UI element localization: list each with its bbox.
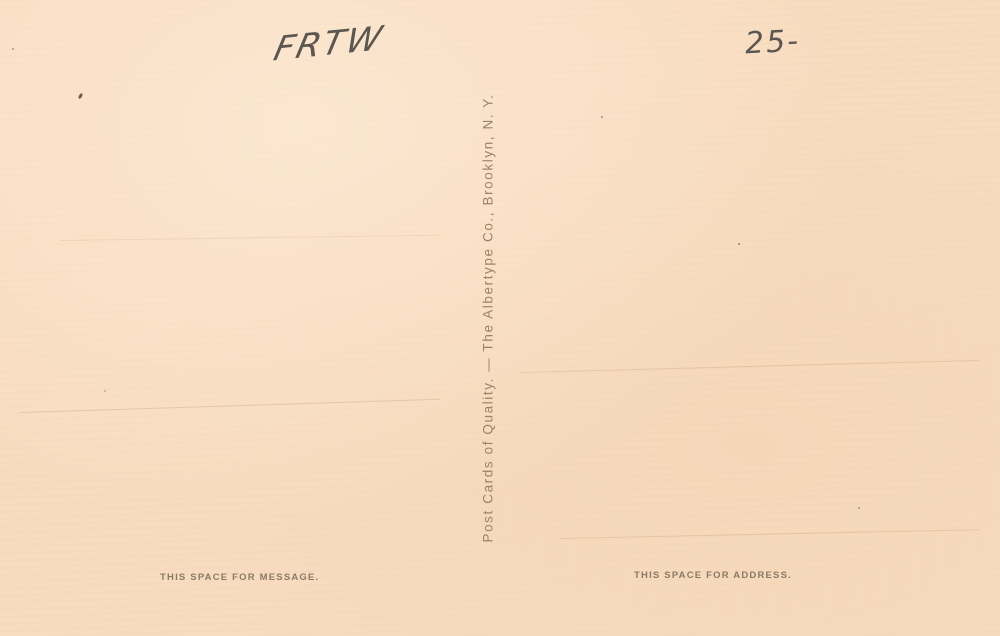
paper-speck — [12, 48, 14, 50]
paper-fiber-line — [520, 360, 980, 373]
paper-speck — [601, 116, 603, 118]
paper-speck — [104, 390, 106, 392]
address-space-label: THIS SPACE FOR ADDRESS. — [634, 570, 792, 581]
postcard-back: FRTW 25- Post Cards of Quality. — The Al… — [0, 0, 1000, 636]
message-space-label: THIS SPACE FOR MESSAGE. — [160, 572, 319, 583]
paper-speck — [738, 243, 740, 245]
paper-speck — [78, 93, 84, 100]
paper-speck — [858, 507, 860, 509]
paper-fiber-line — [20, 399, 440, 413]
handwritten-price: 25- — [744, 24, 801, 62]
paper-fiber-line — [60, 235, 440, 241]
publisher-imprint: Post Cards of Quality. — The Albertype C… — [481, 93, 496, 542]
handwritten-initials: FRTW — [270, 19, 387, 70]
paper-fiber-line — [560, 529, 980, 539]
